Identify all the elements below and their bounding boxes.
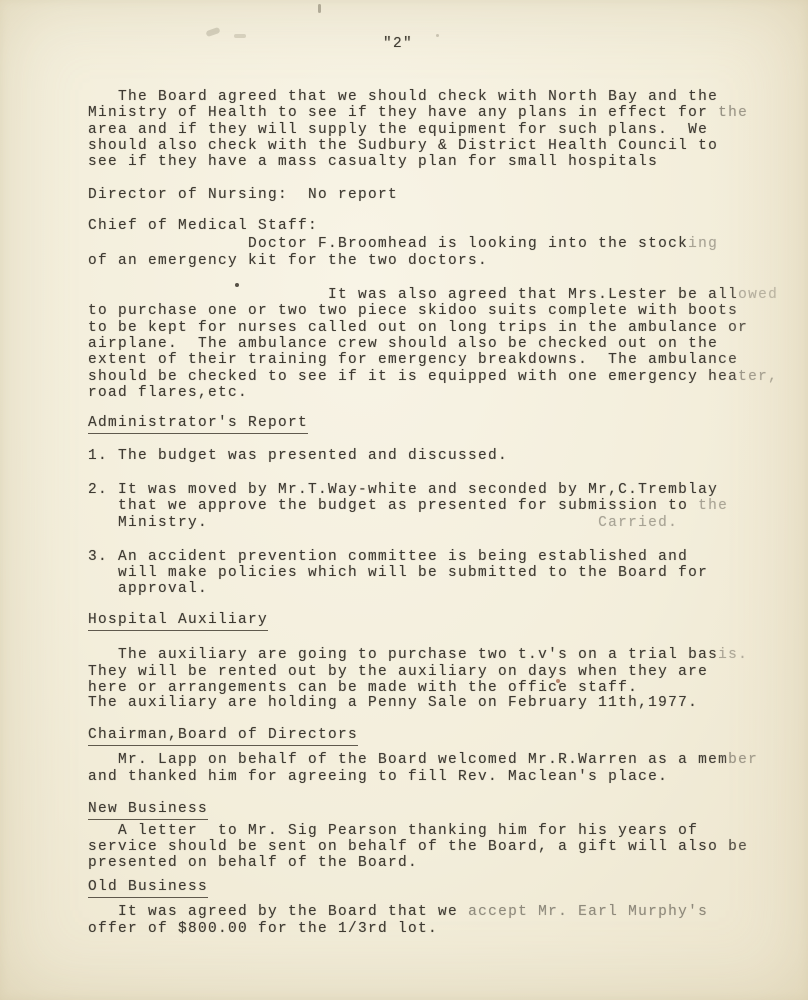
ink-speck	[205, 27, 220, 37]
doc-line: airplane. The ambulance crew should also…	[88, 336, 718, 353]
list-item-3: 3. An accident prevention committee is b…	[88, 549, 688, 566]
doc-line: presented on behalf of the Board.	[88, 855, 418, 872]
heading-new-business: New Business	[88, 801, 208, 820]
line-text: It was agreed by the Board that we	[88, 904, 468, 920]
scanned-document-page: "2" The Board agreed that we should chec…	[0, 0, 808, 1000]
doc-line: The Board agreed that we should check wi…	[88, 89, 718, 106]
line-text: Ministry.	[88, 515, 598, 531]
line-text: Ministry of Health to see if they have a…	[88, 105, 718, 121]
doc-line-chief-of-medical-staff: Chief of Medical Staff:	[88, 218, 318, 235]
doc-line: Mr. Lapp on behalf of the Board welcomed…	[88, 752, 758, 769]
ink-speck	[556, 679, 560, 683]
doc-line: will make policies which will be submitt…	[88, 565, 708, 582]
doc-line: A letter to Mr. Sig Pearson thanking him…	[88, 823, 698, 840]
heading-chairman-board-of-directors: Chairman,Board of Directors	[88, 727, 358, 746]
doc-line: should also check with the Sudbury & Dis…	[88, 138, 718, 155]
list-item-1: 1. The budget was presented and discusse…	[88, 448, 508, 465]
doc-line: Doctor F.Broomhead is looking into the s…	[88, 236, 718, 253]
ink-speck	[234, 34, 246, 38]
line-faded-text: owed	[738, 287, 778, 303]
page-number: "2"	[383, 36, 413, 53]
ink-speck	[436, 34, 439, 37]
line-text: Mr. Lapp on behalf of the Board welcomed…	[88, 752, 728, 768]
doc-line: They will be rented out by the auxiliary…	[88, 664, 708, 681]
doc-line: extent of their training for emergency b…	[88, 352, 738, 369]
doc-line: of an emergency kit for the two doctors.	[88, 253, 488, 270]
list-item-2: 2. It was moved by Mr.T.Way-white and se…	[88, 482, 718, 499]
line-faded-text: accept Mr. Earl Murphy's	[468, 904, 708, 920]
doc-line: It was also agreed that Mrs.Lester be al…	[88, 287, 778, 304]
doc-line: It was agreed by the Board that we accep…	[88, 904, 708, 921]
doc-line: that we approve the budget as presented …	[88, 498, 728, 515]
line-text: Doctor F.Broomhead is looking into the s…	[88, 236, 688, 252]
ink-speck	[235, 283, 239, 287]
line-text: should be checked to see if it is equipp…	[88, 369, 738, 385]
line-faded-text-carried: Carried.	[598, 515, 678, 531]
line-faded-text: ter,	[738, 369, 778, 385]
doc-line: The auxiliary are holding a Penny Sale o…	[88, 695, 698, 712]
line-text: It was also agreed that Mrs.Lester be al…	[88, 287, 738, 303]
doc-line: road flares,etc.	[88, 385, 248, 402]
doc-line-director-of-nursing: Director of Nursing: No report	[88, 187, 398, 204]
line-faded-text: ing	[688, 236, 718, 252]
line-text: that we approve the budget as presented …	[88, 498, 698, 514]
doc-line: area and if they will supply the equipme…	[88, 122, 708, 139]
heading-administrators-report: Administrator's Report	[88, 415, 308, 434]
heading-hospital-auxiliary: Hospital Auxiliary	[88, 612, 268, 631]
line-faded-text: the	[718, 105, 748, 121]
doc-line: offer of $800.00 for the 1/3rd lot.	[88, 921, 438, 938]
line-faded-text: ber	[728, 752, 758, 768]
line-faded-text: is.	[718, 647, 748, 663]
doc-line: and thanked him for agreeing to fill Rev…	[88, 769, 668, 786]
doc-line: approval.	[88, 581, 208, 598]
doc-line: to purchase one or two two piece skidoo …	[88, 303, 738, 320]
doc-line: service should be sent on behalf of the …	[88, 839, 748, 856]
doc-line: Ministry of Health to see if they have a…	[88, 105, 748, 122]
line-faded-text: the	[698, 498, 728, 514]
heading-old-business: Old Business	[88, 879, 208, 898]
doc-line: to be kept for nurses called out on long…	[88, 320, 748, 337]
ink-speck	[318, 4, 321, 13]
doc-line: The auxiliary are going to purchase two …	[88, 647, 748, 664]
line-text: The auxiliary are going to purchase two …	[88, 647, 718, 663]
doc-line: see if they have a mass casualty plan fo…	[88, 154, 658, 171]
doc-line: Ministry. Carried.	[88, 515, 678, 532]
doc-line: should be checked to see if it is equipp…	[88, 369, 778, 386]
